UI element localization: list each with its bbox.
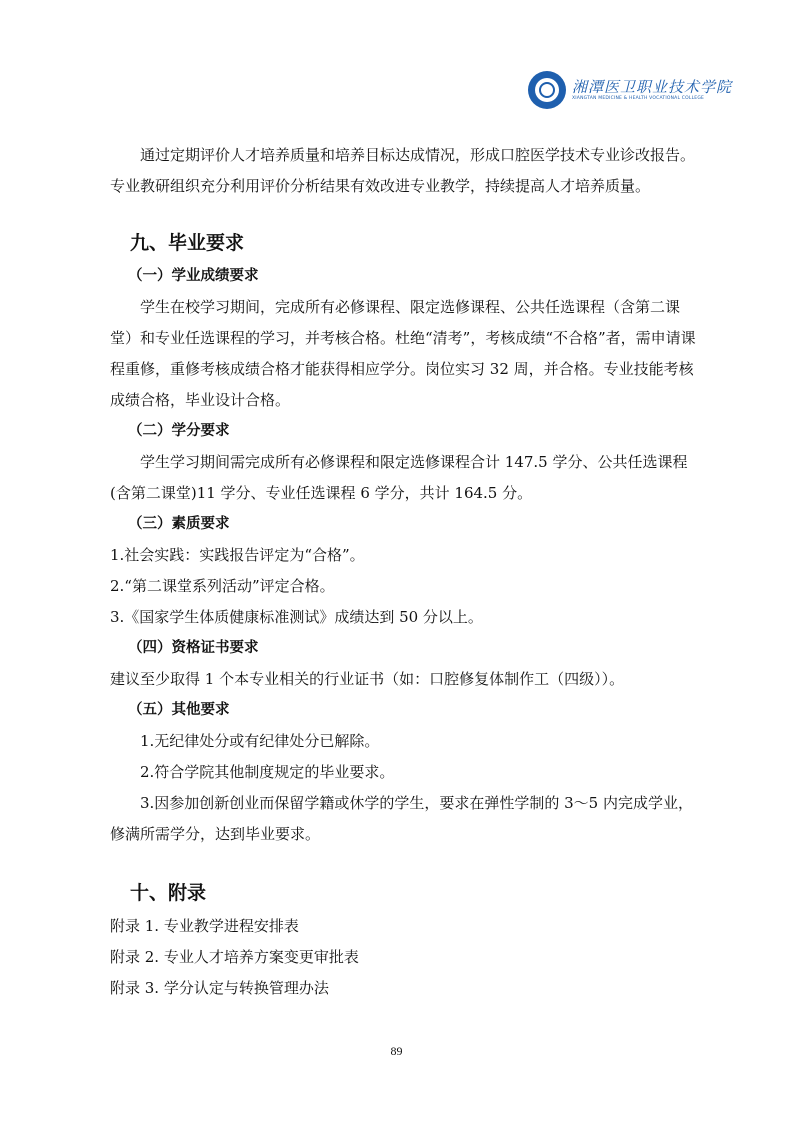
logo-chinese-name: 湘潭医卫职业技术学院 bbox=[572, 78, 732, 96]
logo-english-name: XIANGTAN MEDICINE & HEALTH VOCATIONAL CO… bbox=[572, 96, 732, 102]
other-item: 3.因参加创新创业而保留学籍或休学的学生，要求在弹性学制的 3～5 内完成学业，… bbox=[110, 788, 700, 850]
appendix-item: 附录 3. 学分认定与转换管理办法 bbox=[110, 973, 700, 1004]
section-heading-graduation: 九、毕业要求 bbox=[130, 228, 700, 259]
subheading-academic-performance: （一）学业成绩要求 bbox=[128, 261, 700, 292]
college-emblem-icon bbox=[528, 71, 566, 109]
appendix-item: 附录 2. 专业人才培养方案变更审批表 bbox=[110, 942, 700, 973]
college-logo: 湘潭医卫职业技术学院 XIANGTAN MEDICINE & HEALTH VO… bbox=[528, 70, 748, 110]
intro-paragraph: 通过定期评价人才培养质量和培养目标达成情况，形成口腔医学技术专业诊改报告。专业教… bbox=[110, 140, 700, 202]
other-item: 1.无纪律处分或有纪律处分已解除。 bbox=[110, 726, 700, 757]
quality-item: 2.“第二课堂系列活动”评定合格。 bbox=[110, 571, 700, 602]
subheading-certificates: （四）资格证书要求 bbox=[128, 633, 700, 664]
subheading-other: （五）其他要求 bbox=[128, 695, 700, 726]
section-heading-appendix: 十、附录 bbox=[130, 878, 700, 909]
quality-item: 1.社会实践：实践报告评定为“合格”。 bbox=[110, 540, 700, 571]
certificates-paragraph: 建议至少取得 1 个本专业相关的行业证书（如：口腔修复体制作工（四级））。 bbox=[110, 664, 700, 695]
quality-item: 3.《国家学生体质健康标准测试》成绩达到 50 分以上。 bbox=[110, 602, 700, 633]
academic-performance-paragraph: 学生在校学习期间，完成所有必修课程、限定选修课程、公共任选课程（含第二课堂）和专… bbox=[110, 292, 700, 416]
appendix-item: 附录 1. 专业教学进程安排表 bbox=[110, 911, 700, 942]
document-body: 通过定期评价人才培养质量和培养目标达成情况，形成口腔医学技术专业诊改报告。专业教… bbox=[110, 140, 700, 1004]
other-item: 2.符合学院其他制度规定的毕业要求。 bbox=[110, 757, 700, 788]
subheading-credits: （二）学分要求 bbox=[128, 416, 700, 447]
page-number: 89 bbox=[0, 1044, 793, 1059]
credits-paragraph: 学生学习期间需完成所有必修课程和限定选修课程合计 147.5 学分、公共任选课程… bbox=[110, 447, 700, 509]
subheading-quality: （三）素质要求 bbox=[128, 509, 700, 540]
